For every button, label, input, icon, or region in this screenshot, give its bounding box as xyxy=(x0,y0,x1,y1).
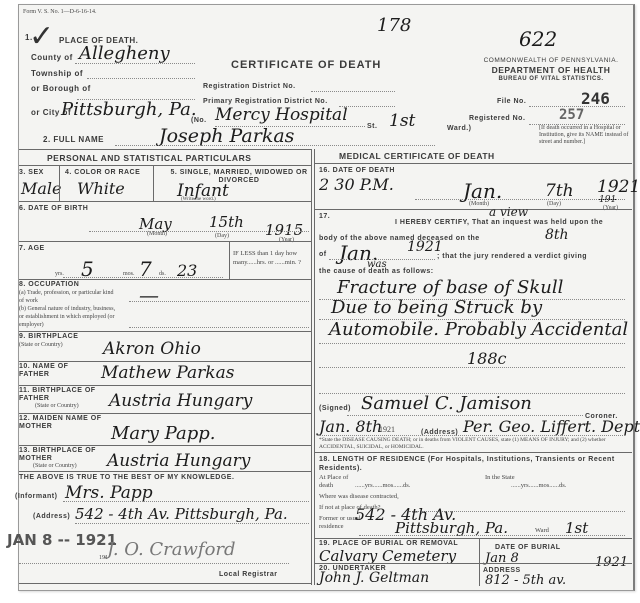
dob-label: 6. DATE OF BIRTH xyxy=(19,205,88,212)
filed-stamp: JAN 8 -- 1921 xyxy=(7,531,117,549)
registered-no-value: 257 xyxy=(559,107,584,123)
cause-line-2: Due to being Struck by xyxy=(331,297,542,318)
issuer-line3: BUREAU OF VITAL STATISTICS. xyxy=(471,76,631,82)
at-place-duration: ......yrs......mos......ds. xyxy=(355,482,410,489)
borough-label: or Borough of xyxy=(31,85,91,93)
occupation-value: — xyxy=(139,283,199,307)
race-label: 4. COLOR OR RACE xyxy=(65,169,140,176)
cause-line-3: Automobile. Probably Accidental xyxy=(329,319,628,340)
file-no-label: File No. xyxy=(497,98,526,105)
at-place-label: At Place of death xyxy=(319,474,359,490)
death-certificate: Form V. S. No. 1—D-6-16-14. ✓ 1. PLACE O… xyxy=(18,4,635,591)
undertaker-value: John J. Geltman xyxy=(319,570,429,586)
dob-day: 15th xyxy=(209,213,244,231)
checkmark-icon: ✓ xyxy=(29,19,54,54)
sign-address: Per. Geo. Liffert. Dept. xyxy=(463,417,640,436)
cause-line-1: Fracture of base of Skull xyxy=(337,277,563,298)
dod-day-hint: (Day) xyxy=(547,201,561,207)
form-number: Form V. S. No. 1—D-6-16-14. xyxy=(23,9,96,15)
signed-label: (Signed) xyxy=(319,405,351,412)
father-label: 10. NAME OF FATHER xyxy=(19,363,79,379)
cause-code: 188c xyxy=(467,349,507,368)
cause-insert: was xyxy=(367,259,387,270)
issuer-line2: DEPARTMENT OF HEALTH xyxy=(471,65,631,75)
race-value: White xyxy=(77,179,125,198)
full-name-value: Joseph Parkas xyxy=(159,125,294,147)
medical-heading: MEDICAL CERTIFICATE OF DEATH xyxy=(339,151,495,161)
mother-birthplace-value: Austria Hungary xyxy=(107,451,250,471)
burial-date-label: DATE OF BURIAL xyxy=(495,544,561,551)
birthplace-label: 9. BIRTHPLACE xyxy=(19,333,78,340)
city-value: Pittsburgh, Pa. xyxy=(61,99,197,120)
coroner-signature: Samuel C. Jamison xyxy=(361,393,532,414)
ward-value: 1st xyxy=(389,111,415,131)
registrar-signature: J. O. Crawford xyxy=(107,539,236,560)
burial-label: 19. PLACE OF BURIAL OR REMOVAL xyxy=(319,540,458,547)
mother-value: Mary Papp. xyxy=(111,423,215,444)
father-birthplace-hint: (State or Country) xyxy=(35,403,79,409)
dod-year-struck: 191 xyxy=(599,195,616,205)
county-value: Allegheny xyxy=(79,43,170,64)
township-label: Township of xyxy=(31,69,83,78)
father-birthplace-label: 11. BIRTHPLACE OF FATHER xyxy=(19,387,99,403)
mother-birthplace-label: 13. BIRTHPLACE OF MOTHER xyxy=(19,447,99,463)
birthplace-value: Akron Ohio xyxy=(103,339,201,359)
hospital-note: [If death occurred in a Hospital or Inst… xyxy=(539,125,629,146)
dod-year: 1921 xyxy=(597,177,640,197)
age-label: 7. AGE xyxy=(19,245,45,252)
informant-address-value: 542 - 4th Av. Pittsburgh, Pa. xyxy=(75,505,288,523)
no-label: (No. xyxy=(191,117,207,124)
sex-label: 3. SEX xyxy=(19,169,44,176)
dod-label: 16. DATE OF DEATH xyxy=(319,167,395,174)
handwritten-number-622: 622 xyxy=(519,27,557,51)
dod-day: 7th xyxy=(545,181,574,201)
in-state-duration: ......yrs......mos......ds. xyxy=(511,482,566,489)
handwritten-number-178: 178 xyxy=(377,15,411,36)
undertaker-address-value: 812 - 5th av. xyxy=(485,573,566,588)
occupation-b: (b) General nature of industry, business… xyxy=(19,305,121,329)
father-value: Mathew Parkas xyxy=(101,363,234,383)
primary-registration-label: Primary Registration District No. xyxy=(203,98,328,105)
registration-district-label: Registration District No. xyxy=(203,83,296,90)
jury-text: ; that the jury rendered a verdict givin… xyxy=(437,253,587,260)
occupation-label: 8. OCCUPATION xyxy=(19,281,79,288)
issuer-line1: COMMONWEALTH OF PENNSYLVANIA. xyxy=(471,57,631,64)
sex-value: Male xyxy=(21,179,62,198)
in-state-label: In the State xyxy=(485,474,515,482)
dod-year-hint: (Year) xyxy=(603,205,618,211)
of-label: of xyxy=(319,251,327,258)
registered-no-label: Registered No. xyxy=(469,115,525,122)
hospital-value: Mercy Hospital xyxy=(215,105,348,125)
birthplace-hint: (State or Country) xyxy=(19,342,63,348)
father-birthplace-value: Austria Hungary xyxy=(109,391,252,411)
ward-label: Ward.) xyxy=(447,125,472,132)
knowledge-statement: THE ABOVE IS TRUE TO THE BEST OF MY KNOW… xyxy=(19,474,234,481)
full-name-label: 2. FULL NAME xyxy=(43,135,104,144)
personal-heading: PERSONAL AND STATISTICAL PARTICULARS xyxy=(47,153,251,163)
year-hint: (Year) xyxy=(279,237,294,243)
mother-label: 12. MAIDEN NAME OF MOTHER xyxy=(19,415,109,431)
sign-year: 1921 xyxy=(379,425,395,434)
time-of-death: 2 30 P.M. xyxy=(319,175,394,194)
item-number: 1. xyxy=(25,33,33,42)
contracted-label: Where was disease contracted, xyxy=(319,493,399,500)
registrar-label: Local Registrar xyxy=(219,571,277,578)
county-label: County of xyxy=(31,53,73,62)
sign-date: Jan. 8th xyxy=(319,417,382,436)
informant-address-label: (Address) xyxy=(33,513,70,520)
inquest-day: 8th xyxy=(545,227,569,243)
certify-text: I HEREBY CERTIFY, That an inquest was he… xyxy=(395,219,603,226)
former-ward-label: Ward xyxy=(535,527,549,534)
residence-label: 18. LENGTH OF RESIDENCE (For Hospitals, … xyxy=(319,455,629,473)
occupation-a: (a) Trade, profession, or particular kin… xyxy=(19,289,119,305)
certify-insert: a view xyxy=(489,205,528,219)
day-hint: (Day) xyxy=(215,233,229,239)
st-label: St. xyxy=(367,123,377,130)
certificate-title: CERTIFICATE OF DEATH xyxy=(231,59,381,71)
item-17-number: 17. xyxy=(319,213,330,220)
mother-birthplace-hint: (State or Country) xyxy=(33,463,77,469)
informant-label: (Informant) xyxy=(15,493,57,500)
footnote: *State the DISEASE CAUSING DEATH; or in … xyxy=(319,437,629,451)
dod-month-hint: (Month) xyxy=(469,201,489,207)
less-than-day: IF LESS than 1 day how many......hrs. or… xyxy=(233,249,311,267)
informant-value: Mrs. Papp xyxy=(65,483,153,503)
